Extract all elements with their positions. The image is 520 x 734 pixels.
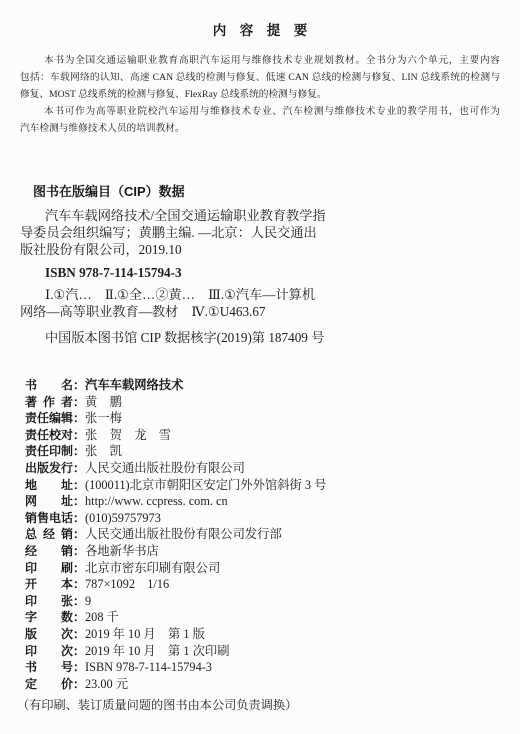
- colophon-row-printer: 印刷：北京市密东印刷有限公司: [25, 560, 500, 577]
- colophon-separator: ：: [73, 561, 85, 575]
- colophon-row-title: 书名：汽车车载网络技术: [25, 377, 500, 394]
- colophon-row-retail: 经销：各地新华书店: [25, 543, 500, 560]
- content-summary: 本书为全国交通运输职业教育高职汽车运用与维修技术专业规划教材。全书分为六个单元，…: [20, 52, 500, 137]
- colophon-value: ISBN 978-7-114-15794-3: [85, 660, 212, 674]
- colophon-row-proofreaders: 责任校对：张 贺 龙 雪: [25, 427, 500, 444]
- colophon-label: 定价: [25, 676, 73, 693]
- colophon-label: 印刷: [25, 560, 73, 577]
- colophon-value: (010)59757973: [85, 511, 161, 525]
- colophon-value: 208 千: [85, 610, 119, 624]
- colophon-separator: ：: [73, 395, 85, 409]
- colophon-row-general-distributor: 总经销：人民交通出版社股份有限公司发行部: [25, 526, 500, 543]
- colophon-value: 人民交通出版社股份有限公司发行部: [85, 527, 282, 541]
- book-copyright-page: 内 容 提 要 本书为全国交通运输职业教育高职汽车运用与维修技术专业规划教材。全…: [0, 0, 520, 734]
- colophon-row-word-count: 字数：208 千: [25, 609, 500, 626]
- colophon-label: 版次: [25, 626, 73, 643]
- colophon-row-book-number: 书号：ISBN 978-7-114-15794-3: [25, 659, 500, 676]
- colophon-value: 各地新华书店: [85, 544, 159, 558]
- colophon-label: 网址: [25, 493, 73, 510]
- colophon-separator: ：: [73, 511, 85, 525]
- cip-record-number: 中国版本图书馆 CIP 数据核字(2019)第 187409 号: [45, 329, 500, 346]
- colophon-separator: ：: [73, 660, 85, 674]
- colophon-separator: ：: [73, 461, 85, 475]
- colophon-value: 张一梅: [85, 411, 122, 425]
- colophon-value: 787×1092 1/16: [85, 577, 169, 591]
- colophon-value: 2019 年 10 月 第 1 次印刷: [85, 644, 230, 658]
- colophon-label: 责任印制: [25, 443, 73, 460]
- colophon-row-publisher: 出版发行：人民交通出版社股份有限公司: [25, 460, 500, 477]
- colophon-separator: ：: [73, 577, 85, 591]
- colophon-label: 开本: [25, 576, 73, 593]
- colophon-row-impression: 印次：2019 年 10 月 第 1 次印刷: [25, 643, 500, 660]
- colophon-separator: ：: [73, 494, 85, 508]
- colophon-separator: ：: [73, 478, 85, 492]
- colophon-separator: ：: [73, 594, 85, 608]
- colophon-value: 9: [85, 594, 91, 608]
- colophon-label: 责任校对: [25, 427, 73, 444]
- colophon-separator: ：: [73, 677, 85, 691]
- colophon-separator: ：: [73, 444, 85, 458]
- colophon-row-editor: 责任编辑：张一梅: [25, 410, 500, 427]
- colophon-value: 人民交通出版社股份有限公司: [85, 461, 245, 475]
- colophon-separator: ：: [73, 411, 85, 425]
- classification-line: 网络—高等职业教育—教材 Ⅳ.①U463.67: [20, 303, 500, 320]
- colophon-value: 汽车车载网络技术: [85, 378, 183, 392]
- colophon-value: 张 凯: [85, 444, 122, 458]
- cip-description-line: 汽车车载网络技术/全国交通运输职业教育教学指: [20, 207, 500, 224]
- colophon-row-print-supervisor: 责任印制：张 凯: [25, 443, 500, 460]
- colophon-value: http://www. ccpress. com. cn: [85, 494, 228, 508]
- colophon-value: 黄 鹏: [85, 395, 122, 409]
- colophon-row-address: 地址：(100011)北京市朝阳区安定门外外馆斜街 3 号: [25, 477, 500, 494]
- summary-line: 包括：车载网络的认知、高速 CAN 总线的检测与修复、低速 CAN 总线的检测与…: [20, 69, 500, 86]
- colophon-separator: ：: [73, 527, 85, 541]
- colophon-label: 地址: [25, 477, 73, 494]
- colophon-label: 总经销: [25, 526, 73, 543]
- colophon-row-author: 著作者：黄 鹏: [25, 394, 500, 411]
- colophon-label: 责任编辑: [25, 410, 73, 427]
- colophon-label: 出版发行: [25, 460, 73, 477]
- colophon-label: 书名: [25, 377, 73, 394]
- colophon-row-website: 网址：http://www. ccpress. com. cn: [25, 493, 500, 510]
- colophon-value: 北京市密东印刷有限公司: [85, 561, 220, 575]
- summary-line: 本书为全国交通运输职业教育高职汽车运用与维修技术专业规划教材。全书分为六个单元，…: [20, 52, 500, 69]
- cip-classification: Ⅰ.①汽… Ⅱ.①全…②黄… Ⅲ.①汽车—计算机网络—高等职业教育—教材 Ⅳ.①…: [20, 286, 500, 320]
- colophon-value: 张 贺 龙 雪: [85, 428, 171, 442]
- cip-description-line: 版社股份有限公司，2019.10: [20, 241, 500, 258]
- colophon-value: 2019 年 10 月 第 1 版: [85, 627, 205, 641]
- colophon-separator: ：: [73, 428, 85, 442]
- cip-header: 图书在版编目（CIP）数据: [33, 183, 500, 201]
- colophon-label: 印张: [25, 593, 73, 610]
- summary-line: 本书可作为高等职业院校汽车运用与维修技术专业、汽车检测与维修技术专业的教学用书，…: [20, 103, 500, 120]
- colophon-row-price: 定价：23.00 元: [25, 676, 500, 693]
- colophon-row-sales-phone: 销售电话：(010)59757973: [25, 510, 500, 527]
- colophon-value: (100011)北京市朝阳区安定门外外馆斜街 3 号: [85, 478, 326, 492]
- colophon-label: 著作者: [25, 394, 73, 411]
- colophon-label: 印次: [25, 643, 73, 660]
- cip-description: 汽车车载网络技术/全国交通运输职业教育教学指导委员会组织编写；黄鹏主编. —北京…: [20, 207, 500, 258]
- colophon-row-edition: 版次：2019 年 10 月 第 1 版: [25, 626, 500, 643]
- colophon-separator: ：: [73, 378, 85, 392]
- colophon-label: 销售电话: [25, 510, 73, 527]
- colophon-separator: ：: [73, 627, 85, 641]
- colophon-separator: ：: [73, 544, 85, 558]
- colophon-label: 字数: [25, 609, 73, 626]
- colophon-label: 经销: [25, 543, 73, 560]
- colophon-rows: 书名：汽车车载网络技术著作者：黄 鹏责任编辑：张一梅责任校对：张 贺 龙 雪责任…: [25, 377, 500, 692]
- quality-note: （有印刷、装订质量问题的图书由本公司负责调换）: [17, 697, 500, 713]
- colophon-row-format: 开本：787×1092 1/16: [25, 576, 500, 593]
- cip-isbn-line: ISBN 978-7-114-15794-3: [45, 264, 500, 281]
- summary-line: 汽车检测与维修技术人员的培训教材。: [20, 120, 500, 137]
- content-summary-title: 内 容 提 要: [20, 22, 500, 40]
- colophon-label: 书号: [25, 659, 73, 676]
- colophon-separator: ：: [73, 644, 85, 658]
- cip-description-line: 导委员会组织编写；黄鹏主编. —北京：人民交通出: [20, 224, 500, 241]
- colophon-value: 23.00 元: [85, 677, 128, 691]
- summary-line: 修复、MOST 总线系统的检测与修复、FlexRay 总线系统的检测与修复。: [20, 86, 500, 103]
- colophon-row-sheets: 印张：9: [25, 593, 500, 610]
- colophon-separator: ：: [73, 610, 85, 624]
- classification-line: Ⅰ.①汽… Ⅱ.①全…②黄… Ⅲ.①汽车—计算机: [20, 286, 500, 303]
